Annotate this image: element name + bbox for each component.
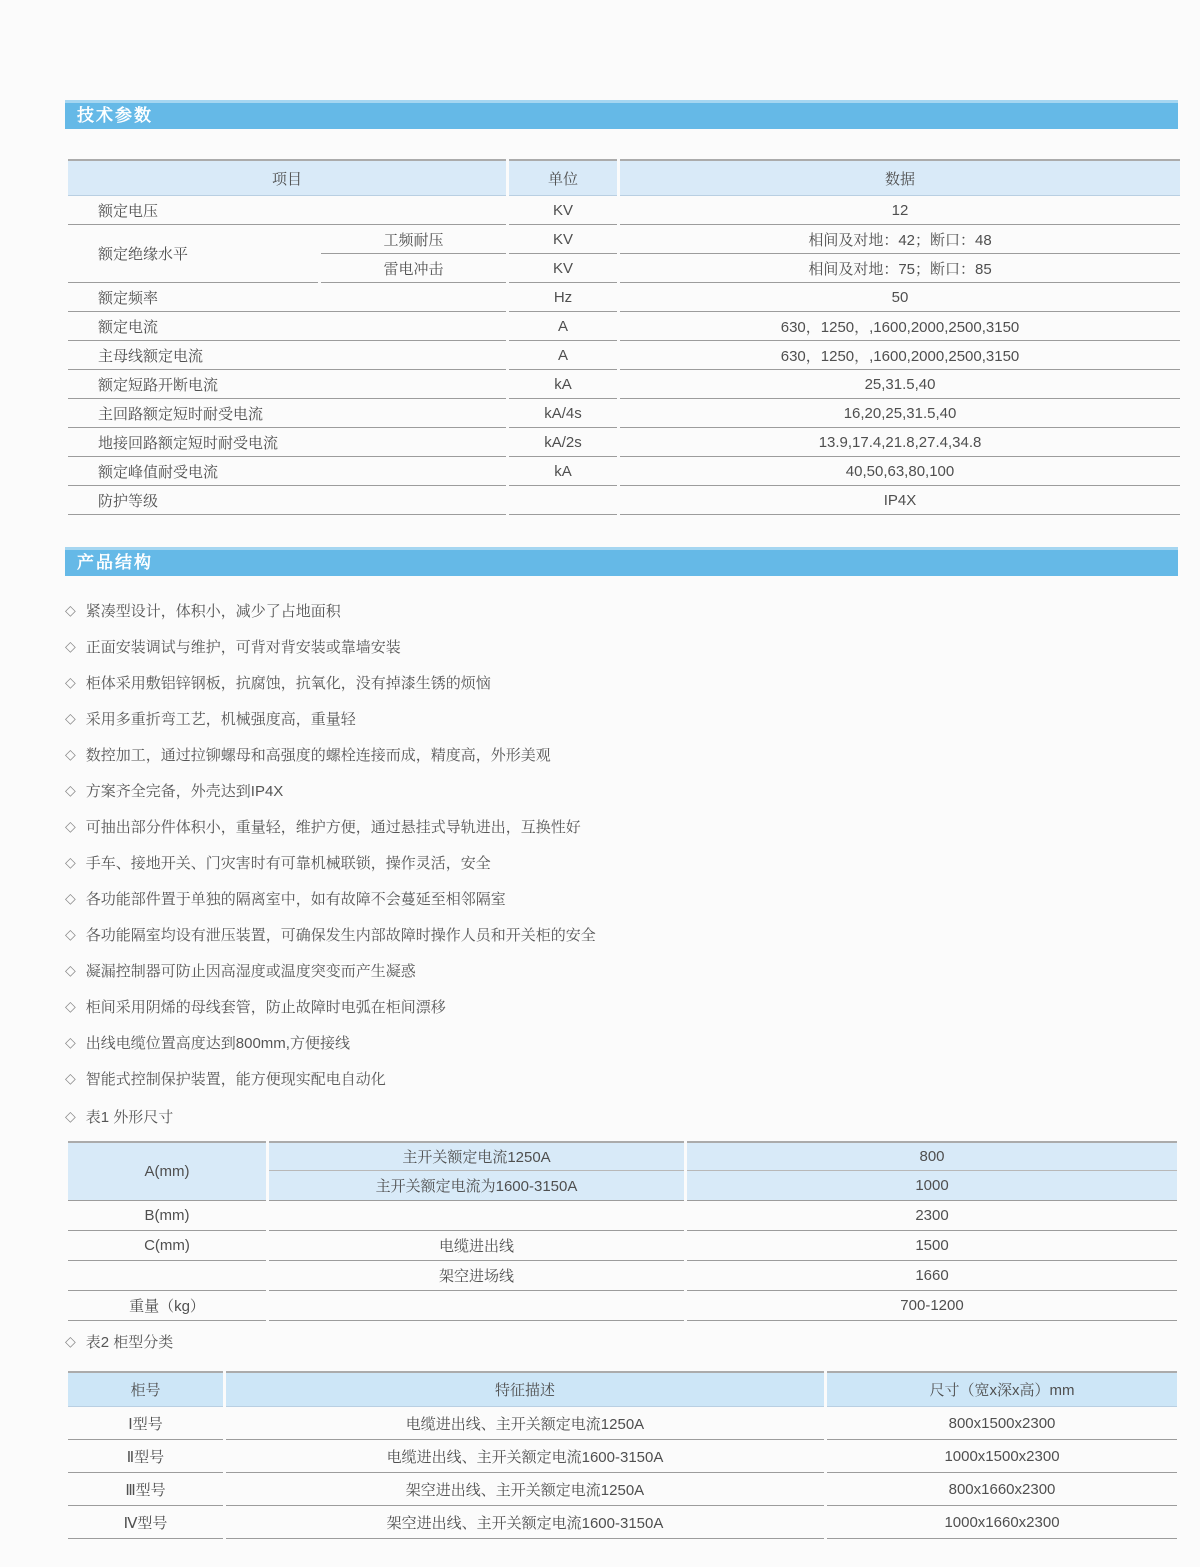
cell-description: 电缆进出线、主开关额定电流1600-3150A	[226, 1440, 824, 1473]
cell-item: 地接回路额定短时耐受电流	[68, 428, 506, 457]
tech-table-header-row: 项目 单位 数据	[68, 159, 1180, 196]
cell-cabinet-no: Ⅱ型号	[68, 1440, 223, 1473]
tech-params-table: 项目 单位 数据 额定电压 KV 12 额定绝缘水平 工频耐压 KV 相间及对地…	[65, 159, 1183, 515]
col-header-data: 数据	[620, 159, 1180, 196]
col-header-item: 项目	[68, 159, 506, 196]
table-row: 额定电流 A 630，1250，,1600,2000,2500,3150	[68, 312, 1180, 341]
diamond-icon: ◇	[65, 998, 76, 1015]
feature-text: 方案齐全完备，外壳达到IP4X	[86, 780, 284, 801]
cell-subitem: 雷电冲击	[321, 254, 506, 283]
cell-unit: kA/2s	[509, 428, 617, 457]
feature-item: ◇智能式控制保护装置，能方便现实配电自动化	[65, 1060, 1178, 1096]
cell-desc: 架空进场线	[269, 1261, 684, 1291]
table-row: A(mm) 主开关额定电流1250A 800	[68, 1141, 1177, 1171]
col-header-description: 特征描述	[226, 1371, 824, 1407]
diamond-icon: ◇	[65, 746, 76, 763]
table-row: Ⅳ型号 架空进出线、主开关额定电流1600-3150A 1000x1660x23…	[68, 1506, 1177, 1539]
cell-item: 额定峰值耐受电流	[68, 457, 506, 486]
section-title-tech-params: 技术参数	[77, 106, 153, 125]
feature-item: ◇可抽出部分件体积小，重量轻，维护方便，通过悬挂式导轨进出，互换性好	[65, 808, 1178, 844]
cell-unit: KV	[509, 254, 617, 283]
cell-description: 架空进出线、主开关额定电流1600-3150A	[226, 1506, 824, 1539]
feature-list: ◇紧凑型设计，体积小，减少了占地面积 ◇正面安装调试与维护，可背对背安装或靠墙安…	[65, 592, 1178, 1096]
cell-description: 架空进出线、主开关额定电流1250A	[226, 1473, 824, 1506]
document-page: 技术参数 项目 单位 数据 额定电压 KV 12 额定绝缘水平 工频耐压 KV …	[0, 0, 1200, 1567]
diamond-icon: ◇	[65, 1070, 76, 1087]
cell-item: 主母线额定电流	[68, 341, 506, 370]
feature-text: 各功能部件置于单独的隔离室中，如有故障不会蔓延至相邻隔室	[86, 888, 506, 909]
section-header-product-structure: 产品结构	[65, 547, 1178, 576]
cell-data: 相间及对地：75；断口：85	[620, 254, 1180, 283]
cell-subitem: 工频耐压	[321, 225, 506, 254]
cell-value: 1000	[687, 1171, 1177, 1201]
cell-data: 13.9,17.4,21.8,27.4,34.8	[620, 428, 1180, 457]
cell-unit: kA	[509, 370, 617, 399]
cell-value: 1660	[687, 1261, 1177, 1291]
diamond-icon: ◇	[65, 1108, 76, 1125]
feature-text: 手车、接地开关、门灾害时有可靠机械联锁，操作灵活，安全	[86, 852, 491, 873]
table-row: 主母线额定电流 A 630，1250，,1600,2000,2500,3150	[68, 341, 1180, 370]
cell-description: 电缆进出线、主开关额定电流1250A	[226, 1407, 824, 1440]
cell-dim-label: A(mm)	[68, 1141, 266, 1201]
content-area: 技术参数 项目 单位 数据 额定电压 KV 12 额定绝缘水平 工频耐压 KV …	[65, 100, 1178, 1539]
cell-data: 16,20,25,31.5,40	[620, 399, 1180, 428]
cell-dim-label: 重量（kg）	[68, 1291, 266, 1321]
cell-data: 50	[620, 283, 1180, 312]
cell-unit: KV	[509, 196, 617, 225]
cell-data: 12	[620, 196, 1180, 225]
cell-value: 1500	[687, 1231, 1177, 1261]
feature-item: ◇柜体采用敷铝锌钢板，抗腐蚀，抗氧化，没有掉漆生锈的烦恼	[65, 664, 1178, 700]
feature-text: 凝漏控制器可防止因高湿度或温度突变而产生凝惑	[86, 960, 416, 981]
diamond-icon: ◇	[65, 962, 76, 979]
feature-text: 柜间采用阴烯的母线套管，防止故障时电弧在柜间漂移	[86, 996, 446, 1017]
cell-desc: 主开关额定电流为1600-3150A	[269, 1171, 684, 1201]
cell-data: 40,50,63,80,100	[620, 457, 1180, 486]
feature-text: 出线电缆位置高度达到800mm,方便接线	[86, 1032, 350, 1053]
table-row: 额定短路开断电流 kA 25,31.5,40	[68, 370, 1180, 399]
cell-size: 800x1660x2300	[827, 1473, 1177, 1506]
diamond-icon: ◇	[65, 602, 76, 619]
cell-value: 800	[687, 1141, 1177, 1171]
cell-unit: kA/4s	[509, 399, 617, 428]
diamond-icon: ◇	[65, 674, 76, 691]
diamond-icon: ◇	[65, 1333, 76, 1350]
feature-text: 数控加工，通过拉铆螺母和高强度的螺栓连接而成，精度高，外形美观	[86, 744, 551, 765]
cell-value: 2300	[687, 1201, 1177, 1231]
cell-data: 630，1250，,1600,2000,2500,3150	[620, 312, 1180, 341]
section-title-product-structure: 产品结构	[77, 553, 153, 572]
section-header-tech-params: 技术参数	[65, 100, 1178, 129]
table-row: 地接回路额定短时耐受电流 kA/2s 13.9,17.4,21.8,27.4,3…	[68, 428, 1180, 457]
feature-text: 智能式控制保护装置，能方便现实配电自动化	[86, 1068, 386, 1089]
cell-size: 800x1500x2300	[827, 1407, 1177, 1440]
table-row-insulation-1: 额定绝缘水平 工频耐压 KV 相间及对地：42；断口：48	[68, 225, 1180, 254]
table-row: 额定频率 Hz 50	[68, 283, 1180, 312]
table-row: Ⅱ型号 电缆进出线、主开关额定电流1600-3150A 1000x1500x23…	[68, 1440, 1177, 1473]
feature-item: ◇凝漏控制器可防止因高湿度或温度突变而产生凝惑	[65, 952, 1178, 988]
feature-text: 紧凑型设计，体积小，减少了占地面积	[86, 600, 341, 621]
cell-unit: A	[509, 312, 617, 341]
diamond-icon: ◇	[65, 818, 76, 835]
table-row: C(mm) 电缆进出线 1500	[68, 1231, 1177, 1261]
cell-desc: 电缆进出线	[269, 1231, 684, 1261]
cell-cabinet-no: Ⅰ型号	[68, 1407, 223, 1440]
col-header-size: 尺寸（宽x深x高）mm	[827, 1371, 1177, 1407]
col-header-unit: 单位	[509, 159, 617, 196]
feature-item: ◇方案齐全完备，外壳达到IP4X	[65, 772, 1178, 808]
dimensions-table: A(mm) 主开关额定电流1250A 800 主开关额定电流为1600-3150…	[65, 1141, 1180, 1321]
feature-item: ◇柜间采用阴烯的母线套管，防止故障时电弧在柜间漂移	[65, 988, 1178, 1024]
table1-caption: ◇ 表1 外形尺寸	[65, 1098, 1178, 1134]
diamond-icon: ◇	[65, 1034, 76, 1051]
cell-data: 相间及对地：42；断口：48	[620, 225, 1180, 254]
table-row: Ⅲ型号 架空进出线、主开关额定电流1250A 800x1660x2300	[68, 1473, 1177, 1506]
cell-unit: kA	[509, 457, 617, 486]
cell-item: 额定绝缘水平	[68, 225, 318, 283]
cell-data: 630，1250，,1600,2000,2500,3150	[620, 341, 1180, 370]
cell-unit: KV	[509, 225, 617, 254]
cell-item: 额定频率	[68, 283, 506, 312]
cell-unit: Hz	[509, 283, 617, 312]
cell-dim-label	[68, 1261, 266, 1291]
type-table-header-row: 柜号 特征描述 尺寸（宽x深x高）mm	[68, 1371, 1177, 1407]
feature-item: ◇正面安装调试与维护，可背对背安装或靠墙安装	[65, 628, 1178, 664]
feature-item: ◇紧凑型设计，体积小，减少了占地面积	[65, 592, 1178, 628]
cell-unit: A	[509, 341, 617, 370]
feature-item: ◇数控加工，通过拉铆螺母和高强度的螺栓连接而成，精度高，外形美观	[65, 736, 1178, 772]
feature-text: 柜体采用敷铝锌钢板，抗腐蚀，抗氧化，没有掉漆生锈的烦恼	[86, 672, 491, 693]
cell-size: 1000x1500x2300	[827, 1440, 1177, 1473]
cell-item: 额定电流	[68, 312, 506, 341]
feature-item: ◇出线电缆位置高度达到800mm,方便接线	[65, 1024, 1178, 1060]
cell-value: 700-1200	[687, 1291, 1177, 1321]
feature-item: ◇各功能隔室均设有泄压装置，可确保发生内部故障时操作人员和开关柜的安全	[65, 916, 1178, 952]
col-header-cabinet-no: 柜号	[68, 1371, 223, 1407]
cell-cabinet-no: Ⅳ型号	[68, 1506, 223, 1539]
diamond-icon: ◇	[65, 638, 76, 655]
cabinet-type-table: 柜号 特征描述 尺寸（宽x深x高）mm Ⅰ型号 电缆进出线、主开关额定电流125…	[65, 1371, 1180, 1539]
feature-text: 各功能隔室均设有泄压装置，可确保发生内部故障时操作人员和开关柜的安全	[86, 924, 596, 945]
table-row: 额定峰值耐受电流 kA 40,50,63,80,100	[68, 457, 1180, 486]
table2-caption-text: 表2 柜型分类	[86, 1331, 174, 1352]
cell-desc	[269, 1201, 684, 1231]
diamond-icon: ◇	[65, 890, 76, 907]
cell-unit	[509, 486, 617, 515]
cell-cabinet-no: Ⅲ型号	[68, 1473, 223, 1506]
diamond-icon: ◇	[65, 854, 76, 871]
cell-data: 25,31.5,40	[620, 370, 1180, 399]
cell-item: 额定短路开断电流	[68, 370, 506, 399]
table-row: 重量（kg） 700-1200	[68, 1291, 1177, 1321]
diamond-icon: ◇	[65, 926, 76, 943]
cell-desc	[269, 1291, 684, 1321]
cell-dim-label: C(mm)	[68, 1231, 266, 1261]
feature-item: ◇各功能部件置于单独的隔离室中，如有故障不会蔓延至相邻隔室	[65, 880, 1178, 916]
cell-item: 额定电压	[68, 196, 506, 225]
feature-text: 采用多重折弯工艺，机械强度高，重量轻	[86, 708, 356, 729]
cell-item: 防护等级	[68, 486, 506, 515]
diamond-icon: ◇	[65, 710, 76, 727]
cell-dim-label: B(mm)	[68, 1201, 266, 1231]
diamond-icon: ◇	[65, 782, 76, 799]
cell-data: IP4X	[620, 486, 1180, 515]
table-row: Ⅰ型号 电缆进出线、主开关额定电流1250A 800x1500x2300	[68, 1407, 1177, 1440]
feature-item: ◇采用多重折弯工艺，机械强度高，重量轻	[65, 700, 1178, 736]
feature-text: 正面安装调试与维护，可背对背安装或靠墙安装	[86, 636, 401, 657]
table-row: 防护等级 IP4X	[68, 486, 1180, 515]
cell-desc: 主开关额定电流1250A	[269, 1141, 684, 1171]
table-row-rated-voltage: 额定电压 KV 12	[68, 196, 1180, 225]
cell-item: 主回路额定短时耐受电流	[68, 399, 506, 428]
table-row: B(mm) 2300	[68, 1201, 1177, 1231]
table2-caption: ◇ 表2 柜型分类	[65, 1323, 1178, 1359]
feature-text: 可抽出部分件体积小，重量轻，维护方便，通过悬挂式导轨进出，互换性好	[86, 816, 581, 837]
table-row: 架空进场线 1660	[68, 1261, 1177, 1291]
table1-caption-text: 表1 外形尺寸	[86, 1106, 174, 1127]
cell-size: 1000x1660x2300	[827, 1506, 1177, 1539]
feature-item: ◇手车、接地开关、门灾害时有可靠机械联锁，操作灵活，安全	[65, 844, 1178, 880]
table-row: 主回路额定短时耐受电流 kA/4s 16,20,25,31.5,40	[68, 399, 1180, 428]
